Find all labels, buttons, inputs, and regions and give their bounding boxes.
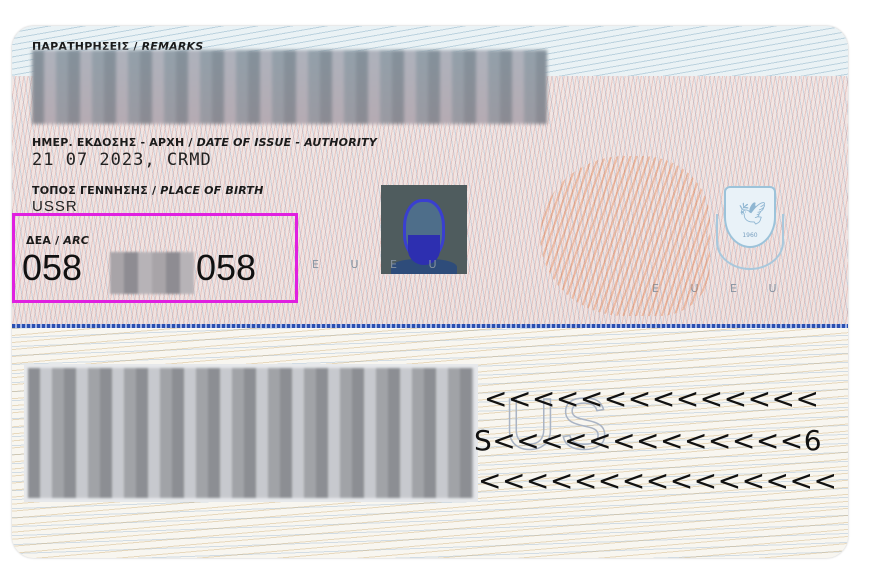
arc-label: ΔΕΑ / ARC bbox=[26, 234, 89, 247]
security-motif-icon bbox=[540, 156, 710, 316]
arc-number-redacted bbox=[110, 252, 194, 294]
date-of-issue-value: 21 07 2023, CRMD bbox=[32, 150, 212, 170]
place-of-birth-label: ΤΟΠΟΣ ΓΕΝΝΗΣΗΣ / PLACE OF BIRTH bbox=[32, 184, 264, 197]
arc-number-suffix: 058 bbox=[196, 247, 256, 289]
eu-microtext: E U E U bbox=[312, 258, 451, 271]
remarks-value-redacted bbox=[32, 50, 547, 124]
coat-of-arms-icon: 🕊 1960 bbox=[716, 184, 784, 270]
coat-of-arms-year: 1960 bbox=[726, 232, 774, 239]
arc-number-prefix: 058 bbox=[22, 247, 82, 289]
mrz-line-1: <<<<<<<<<<<<<< bbox=[484, 382, 819, 415]
shield-icon: 🕊 1960 bbox=[724, 186, 776, 248]
mrz-line-3: <<<<<<<<<<<<<<< bbox=[478, 464, 837, 497]
mrz-redacted bbox=[28, 368, 474, 498]
dove-icon: 🕊 bbox=[738, 202, 766, 227]
id-card-back: ΠΑΡΑΤΗΡΗΣΕΙΣ / REMARKS ΗΜΕΡ. ΕΚΔΟΣΗΣ - Α… bbox=[12, 26, 848, 558]
mrz-line-2: S<<<<<<<<<<<<<6 bbox=[474, 424, 822, 457]
date-of-issue-label: ΗΜΕΡ. ΕΚΔΟΣΗΣ - ΑΡΧΗ / DATE OF ISSUE - A… bbox=[32, 136, 377, 149]
